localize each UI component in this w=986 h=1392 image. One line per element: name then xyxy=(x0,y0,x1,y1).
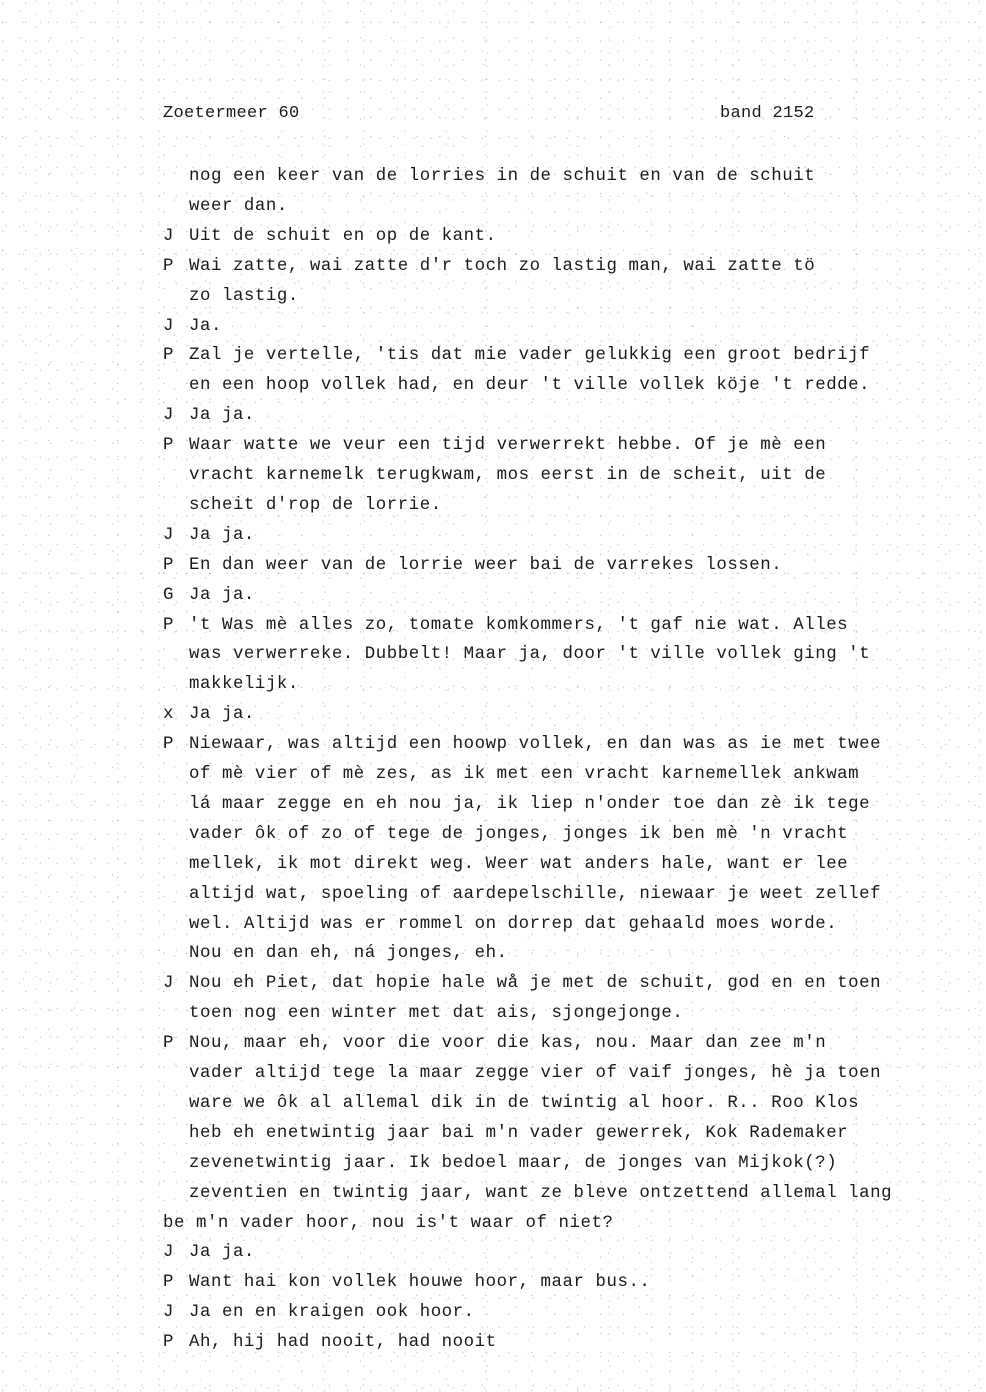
utterance-text: zeventien en twintig jaar, want ze bleve… xyxy=(189,1179,892,1209)
utterance-text: Waar watte we veur een tijd verwerrekt h… xyxy=(189,431,826,461)
utterance-text: Ja ja. xyxy=(189,700,255,730)
utterance-text: En dan weer van de lorrie weer bai de va… xyxy=(189,551,782,581)
speaker-label: x xyxy=(163,700,174,730)
speaker-label: P xyxy=(163,551,174,581)
utterance-text: be m'n vader hoor, nou is't waar of niet… xyxy=(163,1209,613,1239)
utterance-text: Nou eh Piet, dat hopie hale wå je met de… xyxy=(189,969,881,999)
utterance-text: Nou, maar eh, voor die voor die kas, nou… xyxy=(189,1029,826,1059)
document-title: Zoetermeer 60 xyxy=(163,104,300,123)
speaker-label: P xyxy=(163,252,174,282)
utterance-text: was verwerreke. Dubbelt! Maar ja, door '… xyxy=(189,640,870,670)
speaker-label: J xyxy=(163,1238,174,1268)
utterance-text: Ja ja. xyxy=(189,521,255,551)
speaker-label: J xyxy=(163,521,174,551)
utterance-text: en een hoop vollek had, en deur 't ville… xyxy=(189,371,870,401)
speaker-label: G xyxy=(163,581,174,611)
speaker-label: J xyxy=(163,401,174,431)
utterance-text: Wai zatte, wai zatte d'r toch zo lastig … xyxy=(189,252,815,282)
utterance-text: Ja en en kraigen ook hoor. xyxy=(189,1298,475,1328)
speaker-label: P xyxy=(163,1029,174,1059)
speaker-label: J xyxy=(163,222,174,252)
utterance-text: makkelijk. xyxy=(189,670,299,700)
speaker-label: P xyxy=(163,1268,174,1298)
utterance-text: weer dan. xyxy=(189,192,288,222)
utterance-text: zo lastig. xyxy=(189,282,299,312)
utterance-text: mellek, ik mot direkt weg. Weer wat ande… xyxy=(189,850,848,880)
utterance-text: lá maar zegge en eh nou ja, ik liep n'on… xyxy=(189,790,870,820)
utterance-text: scheit d'rop de lorrie. xyxy=(189,491,442,521)
utterance-text: wel. Altijd was er rommel on dorrep dat … xyxy=(189,910,837,940)
speaker-label: J xyxy=(163,1298,174,1328)
utterance-text: Want hai kon vollek houwe hoor, maar bus… xyxy=(189,1268,650,1298)
utterance-text: Ja ja. xyxy=(189,581,255,611)
speaker-label: P xyxy=(163,341,174,371)
utterance-text: Ah, hij had nooit, had nooit xyxy=(189,1328,497,1358)
speaker-label: P xyxy=(163,431,174,461)
utterance-text: Ja ja. xyxy=(189,401,255,431)
utterance-text: Ja ja. xyxy=(189,1238,255,1268)
utterance-text: zevenetwintig jaar. Ik bedoel maar, de j… xyxy=(189,1149,837,1179)
utterance-text: 't Was mè alles zo, tomate komkommers, '… xyxy=(189,611,848,641)
speaker-label: P xyxy=(163,730,174,760)
speaker-label: P xyxy=(163,1328,174,1358)
speaker-label: P xyxy=(163,611,174,641)
utterance-text: Niewaar, was altijd een hoowp vollek, en… xyxy=(189,730,881,760)
utterance-text: vracht karnemelk terugkwam, mos eerst in… xyxy=(189,461,826,491)
utterance-text: Zal je vertelle, 'tis dat mie vader gelu… xyxy=(189,341,870,371)
speaker-label: J xyxy=(163,312,174,342)
utterance-text: Nou en dan eh, ná jonges, eh. xyxy=(189,939,508,969)
utterance-text: nog een keer van de lorries in de schuit… xyxy=(189,162,815,192)
utterance-text: heb eh enetwintig jaar bai m'n vader gew… xyxy=(189,1119,848,1149)
utterance-text: Uit de schuit en op de kant. xyxy=(189,222,497,252)
utterance-text: of mè vier of mè zes, as ik met een vrac… xyxy=(189,760,859,790)
utterance-text: altijd wat, spoeling of aardepelschille,… xyxy=(189,880,881,910)
tape-band-number: band 2152 xyxy=(720,104,815,123)
utterance-text: Ja. xyxy=(189,312,222,342)
utterance-text: ware we ôk al allemal dik in de twintig … xyxy=(189,1089,859,1119)
utterance-text: vader ôk of zo of tege de jonges, jonges… xyxy=(189,820,848,850)
speaker-label: J xyxy=(163,969,174,999)
utterance-text: vader altijd tege la maar zegge vier of … xyxy=(189,1059,881,1089)
utterance-text: toen nog een winter met dat ais, sjongej… xyxy=(189,999,683,1029)
